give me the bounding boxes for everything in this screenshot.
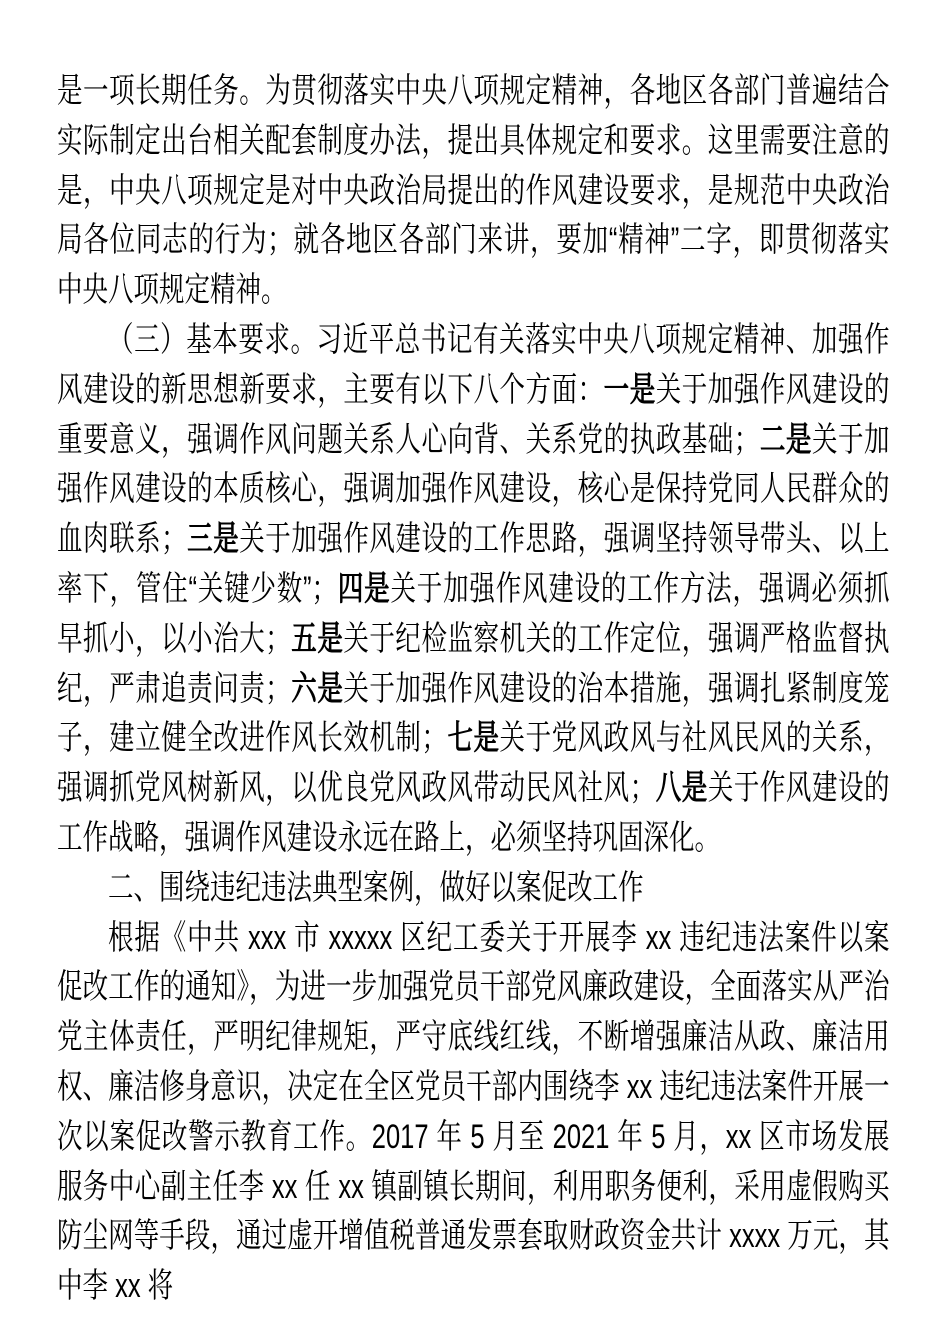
paragraph-continuation: 是一项长期任务。为贯彻落实中央八项规定精神，各地区各部门普遍结合实际制定出台相关…: [57, 67, 890, 316]
text-run: 根据《中共 xxx 市 xxxxx 区纪工委关于开展李 xx 违纪违法案件以案促…: [57, 919, 890, 1306]
paragraph-case-notice: 根据《中共 xxx 市 xxxxx 区纪工委关于开展李 xx 违纪违法案件以案促…: [57, 914, 890, 1312]
emphasis-text: 八是: [655, 769, 708, 807]
section-heading: 二、围绕违纪违法典型案例，做好以案促改工作: [57, 864, 890, 914]
paragraph-basic-requirements: （三）基本要求。习近平总书记有关落实中央八项规定精神、加强作风建设的新思想新要求…: [57, 316, 890, 864]
emphasis-text: 二是: [759, 421, 812, 459]
page: 是一项长期任务。为贯彻落实中央八项规定精神，各地区各部门普遍结合实际制定出台相关…: [0, 0, 950, 1344]
text-run: 是一项长期任务。为贯彻落实中央八项规定精神，各地区各部门普遍结合实际制定出台相关…: [57, 72, 890, 309]
emphasis-text: 六是: [291, 670, 344, 708]
emphasis-text: 四是: [337, 570, 390, 608]
text-run: 二、围绕违纪违法典型案例，做好以案促改工作: [108, 869, 644, 907]
emphasis-text: 三是: [187, 520, 240, 558]
emphasis-text: 五是: [291, 620, 344, 658]
document-body: 是一项长期任务。为贯彻落实中央八项规定精神，各地区各部门普遍结合实际制定出台相关…: [57, 67, 890, 1312]
emphasis-text: 一是: [604, 371, 656, 409]
document-page: { "page": { "background_color": "#ffffff…: [0, 0, 950, 1344]
emphasis-text: 七是: [447, 719, 500, 757]
